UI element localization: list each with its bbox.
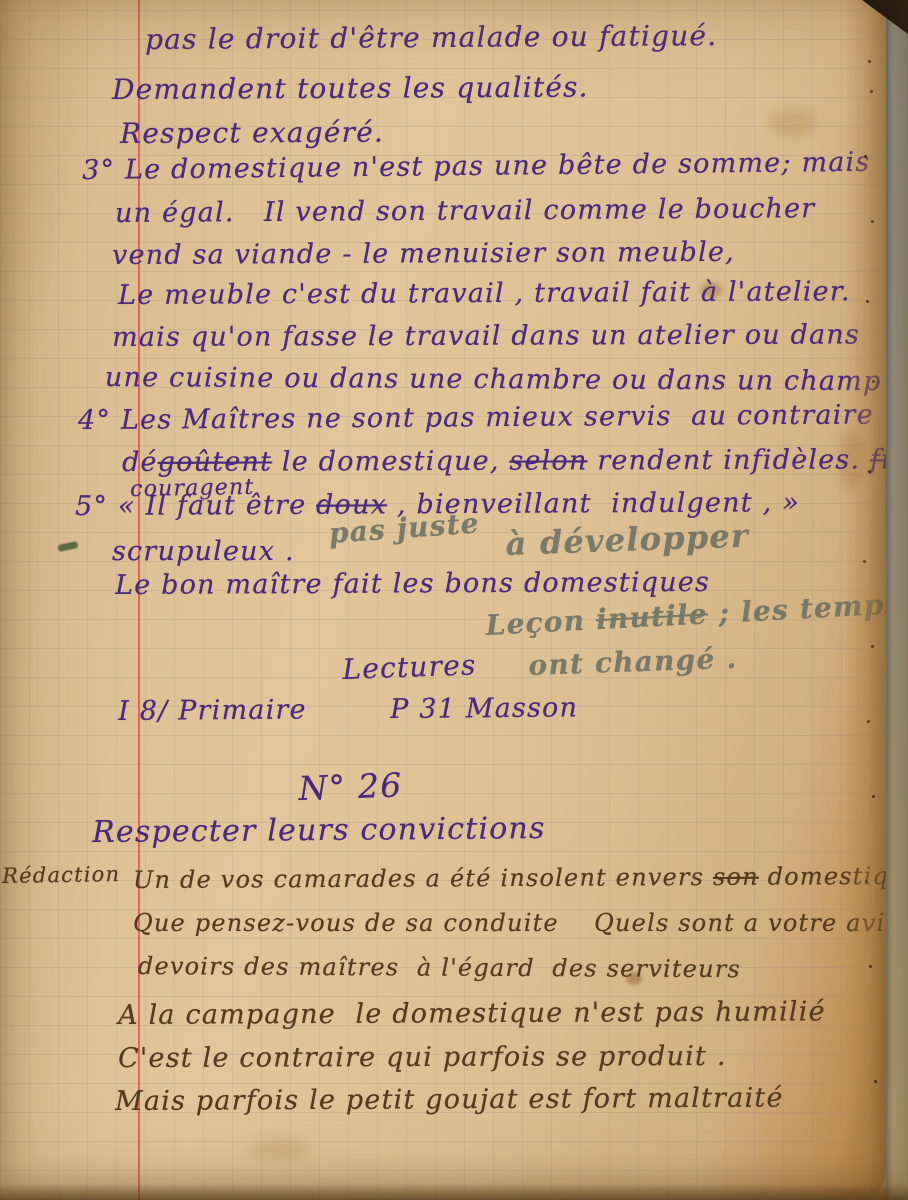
line-qualites: Demandent toutes les qualités.	[112, 74, 589, 104]
text-segment: 5° « Il faut être	[75, 490, 316, 522]
line-decouragent: dégoûtent le domestique, selon rendent i…	[122, 446, 908, 476]
text-segment: I 8/ Primaire	[118, 694, 307, 727]
margin-redaction: Rédaction	[2, 864, 120, 887]
line-contraire-produit: C'est le contraire qui parfois se produi…	[118, 1043, 727, 1072]
text-segment: Mais parfois le petit goujat est fort ma…	[115, 1082, 784, 1117]
text-segment: A la campagne le domestique n'est pas hu…	[118, 996, 826, 1031]
line-goujat: Mais parfois le petit goujat est fort ma…	[115, 1084, 784, 1115]
line-meuble: Le meuble c'est du travail , travail fai…	[118, 278, 851, 309]
text-segment: Leçon	[485, 603, 597, 642]
edge-speckles	[868, 60, 871, 63]
text-segment: dé	[122, 447, 158, 478]
line-scrupuleux: scrupuleux .	[112, 538, 295, 565]
paper-stain	[770, 108, 816, 138]
text-segment: N° 26	[298, 765, 403, 808]
struck-out-text: inutile	[595, 597, 708, 636]
text-segment: à développer	[505, 517, 750, 563]
line-viande: vend sa viande - le menuisier son meuble…	[112, 239, 735, 269]
bottom-page-shadow	[0, 1184, 908, 1200]
text-segment: Lectures	[342, 648, 477, 686]
pencil-ont-change: ont changé .	[528, 645, 738, 680]
line-4-maitres: 4° Les Maîtres ne sont pas mieux servis …	[78, 401, 874, 434]
text-segment: scrupuleux .	[112, 536, 295, 567]
line-devoirs-maitres: devoirs des maîtres à l'égard des servit…	[138, 954, 741, 981]
text-segment: un égal. Il vend son travail comme le bo…	[115, 193, 815, 229]
line-bon-maitre: Le bon maître fait les bons domestiques	[115, 569, 710, 599]
line-camarade-insolent: Un de vos camarades a été insolent enver…	[133, 864, 908, 892]
text-segment: Le bon maître fait les bons domestiques	[115, 567, 710, 601]
text-segment: Que pensez-vous de sa conduite Quels son…	[133, 909, 908, 937]
text-segment: mais qu'on fasse le travail dans un atel…	[112, 319, 860, 353]
text-segment: Demandent toutes les qualités.	[112, 71, 589, 106]
line-campagne: A la campagne le domestique n'est pas hu…	[118, 998, 826, 1029]
notebook-page-scan: pas le droit d'être malade ou fatigué.De…	[0, 0, 908, 1200]
text-segment: devoirs des maîtres à l'égard des servit…	[138, 952, 741, 983]
text-segment: Un de vos camarades a été insolent enver…	[133, 863, 713, 894]
line-masson: P 31 Masson	[390, 694, 578, 723]
text-segment: pas le droit d'être malade ou fatigué.	[145, 19, 717, 56]
paper-stain	[250, 1138, 310, 1160]
line-lectures: Lectures	[342, 651, 477, 684]
line-respecter-convictions: Respecter leurs convictions	[92, 814, 546, 848]
text-segment: Le meuble c'est du travail , travail fai…	[118, 276, 851, 311]
text-segment: une cuisine ou dans une chambre ou dans …	[105, 362, 882, 397]
text-segment: 3° Le domestique n'est pas une bête de s…	[82, 147, 871, 186]
text-segment: 4° Les Maîtres ne sont pas mieux servis …	[78, 399, 874, 436]
line-numero: N° 26	[298, 768, 403, 805]
text-segment: rendent infidèles.	[587, 444, 870, 476]
text-segment: Rédaction	[2, 862, 120, 888]
line-atelier: mais qu'on fasse le travail dans un atel…	[112, 321, 860, 351]
notebook-cover-edge	[886, 0, 908, 1200]
line-respect: Respect exagéré.	[120, 119, 384, 148]
line-primaire: I 8/ Primaire	[118, 696, 307, 725]
text-segment: le domestique,	[272, 446, 509, 478]
green-margin-mark	[57, 541, 78, 552]
text-segment: Respect exagéré.	[120, 116, 384, 150]
struck-out-text: selon	[509, 445, 587, 476]
pencil-a-developper: à développer	[505, 520, 749, 560]
pencil-pas-juste: pas juste	[328, 509, 481, 547]
text-segment: Respecter leurs convictions	[92, 811, 546, 850]
text-segment: P 31 Masson	[390, 692, 578, 725]
text-segment: C'est le contraire qui parfois se produi…	[118, 1041, 727, 1074]
text-segment: vend sa viande - le menuisier son meuble…	[112, 237, 735, 271]
struck-out-text: goûtent	[158, 446, 273, 477]
text-segment: ont changé .	[528, 642, 738, 682]
line-que-pensez-vous: Que pensez-vous de sa conduite Quels son…	[133, 911, 908, 935]
line-3-domestique: 3° Le domestique n'est pas une bête de s…	[82, 149, 871, 184]
text-segment: ; les temps	[707, 587, 902, 630]
line-egal: un égal. Il vend son travail comme le bo…	[115, 195, 815, 227]
struck-out-text: son	[713, 863, 759, 891]
line-cuisine: une cuisine ou dans une chambre ou dans …	[105, 364, 882, 395]
line-fatigue: pas le droit d'être malade ou fatigué.	[145, 22, 717, 54]
